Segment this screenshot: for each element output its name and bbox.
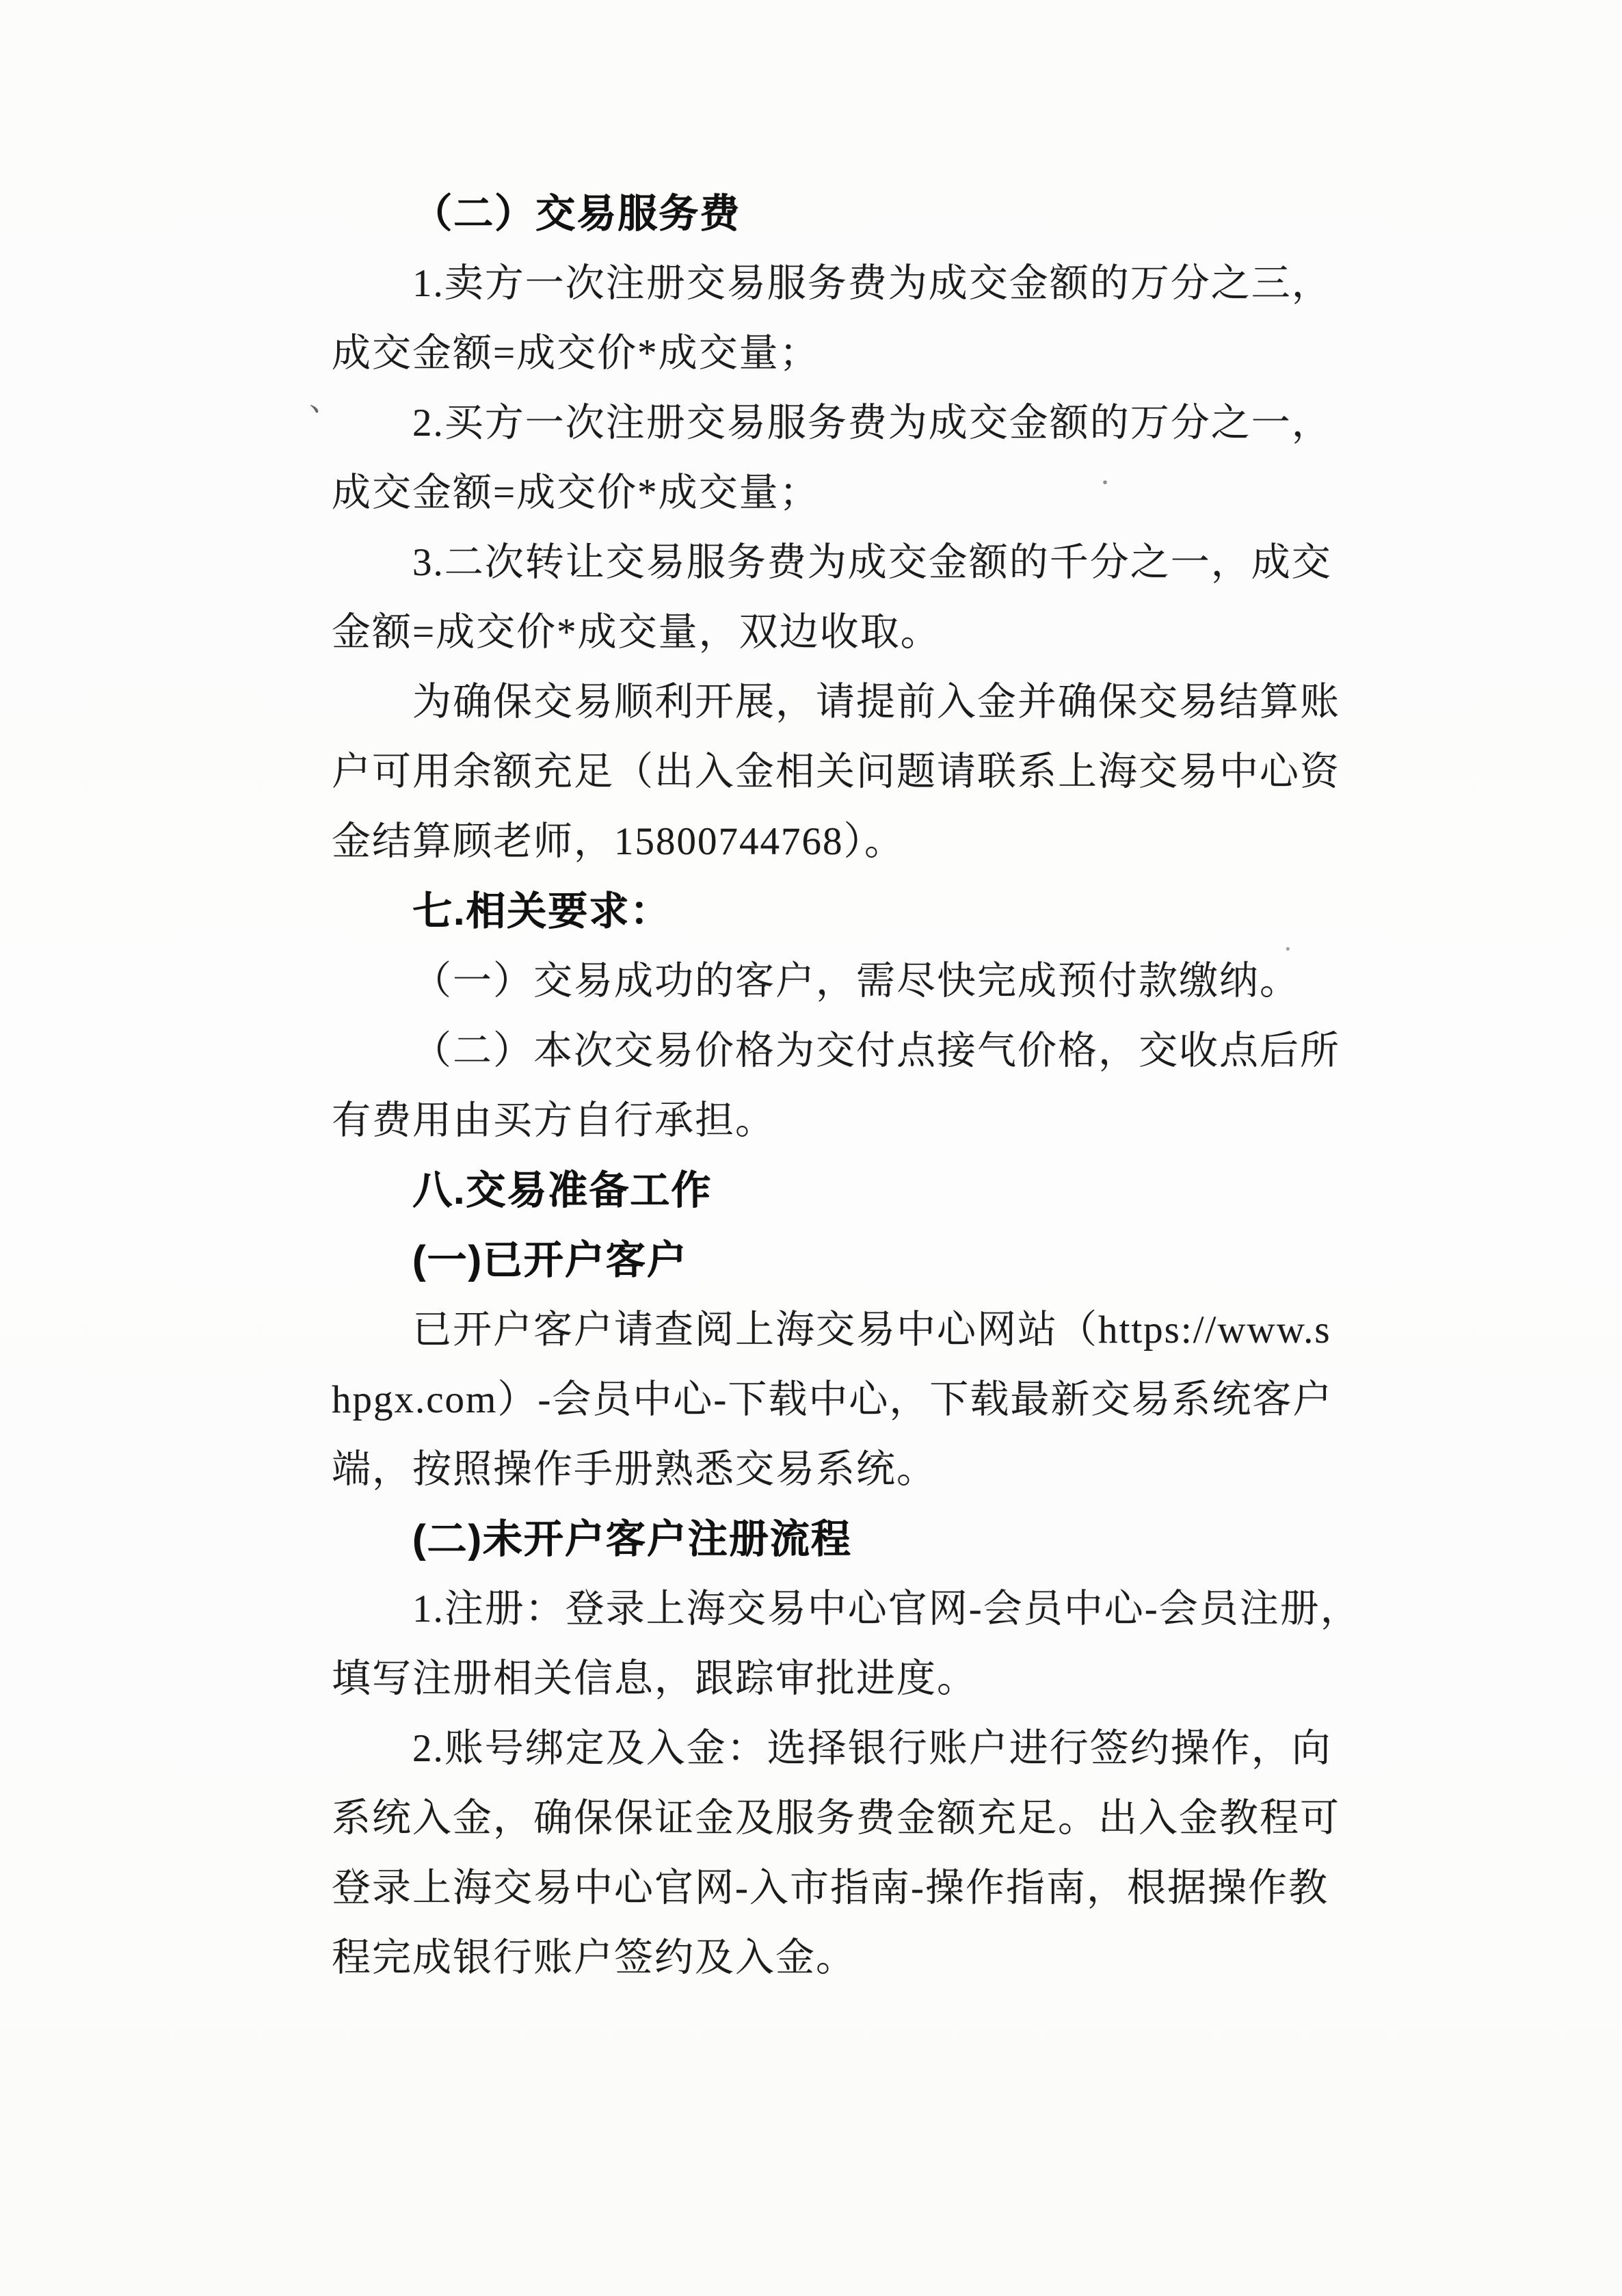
doc-body-line: 成交金额=成交价*成交量； (332, 319, 1453, 388)
doc-body-line: 户可用余额充足（出入金相关问题请联系上海交易中心资 (332, 737, 1453, 807)
doc-body-line: 为确保交易顺利开展，请提前入金并确保交易结算账 (332, 668, 1453, 737)
doc-body-line: 登录上海交易中心官网-入市指南-操作指南，根据操作教 (332, 1853, 1453, 1923)
doc-body-line: 有费用由买方自行承担。 (332, 1086, 1453, 1156)
doc-heading-line: 八.交易准备工作 (332, 1156, 1453, 1226)
doc-body-line: （二）本次交易价格为交付点接气价格，交收点后所 (332, 1016, 1453, 1086)
doc-heading-line: (一)已开户客户 (332, 1226, 1453, 1295)
doc-body-line: 成交金额=成交价*成交量； (332, 458, 1453, 528)
doc-body-line: 2.买方一次注册交易服务费为成交金额的万分之一， (332, 388, 1453, 458)
doc-body-line: 1.卖方一次注册交易服务费为成交金额的万分之三， (332, 249, 1453, 319)
doc-body-line: 系统入金，确保保证金及服务费金额充足。出入金教程可 (332, 1784, 1453, 1853)
doc-text-block: （二）交易服务费1.卖方一次注册交易服务费为成交金额的万分之三，成交金额=成交价… (332, 179, 1453, 1993)
doc-body-line: hpgx.com）-会员中心-下载中心，下载最新交易系统客户 (332, 1365, 1453, 1435)
doc-body-line: 3.二次转让交易服务费为成交金额的千分之一，成交 (332, 528, 1453, 598)
doc-body-line: （一）交易成功的客户，需尽快完成预付款缴纳。 (332, 947, 1453, 1016)
doc-heading-line: (二)未开户客户注册流程 (332, 1505, 1453, 1574)
doc-heading-line: （二）交易服务费 (332, 179, 1453, 249)
doc-body-line: 金额=成交价*成交量，双边收取。 (332, 598, 1453, 668)
doc-body-line: 填写注册相关信息，跟踪审批进度。 (332, 1644, 1453, 1714)
document-page: （二）交易服务费1.卖方一次注册交易服务费为成交金额的万分之三，成交金额=成交价… (0, 0, 1622, 2296)
doc-body-line: 端，按照操作手册熟悉交易系统。 (332, 1435, 1453, 1505)
doc-body-line: 1.注册：登录上海交易中心官网-会员中心-会员注册， (332, 1574, 1453, 1644)
doc-heading-line: 七.相关要求： (332, 877, 1453, 947)
doc-body-line: 已开户客户请查阅上海交易中心网站（https://www.s (332, 1295, 1453, 1365)
doc-body-line: 金结算顾老师，15800744768）。 (332, 807, 1453, 877)
doc-body-line: 2.账号绑定及入金：选择银行账户进行签约操作，向 (332, 1714, 1453, 1784)
doc-body-line: 程完成银行账户签约及入金。 (332, 1923, 1453, 1993)
